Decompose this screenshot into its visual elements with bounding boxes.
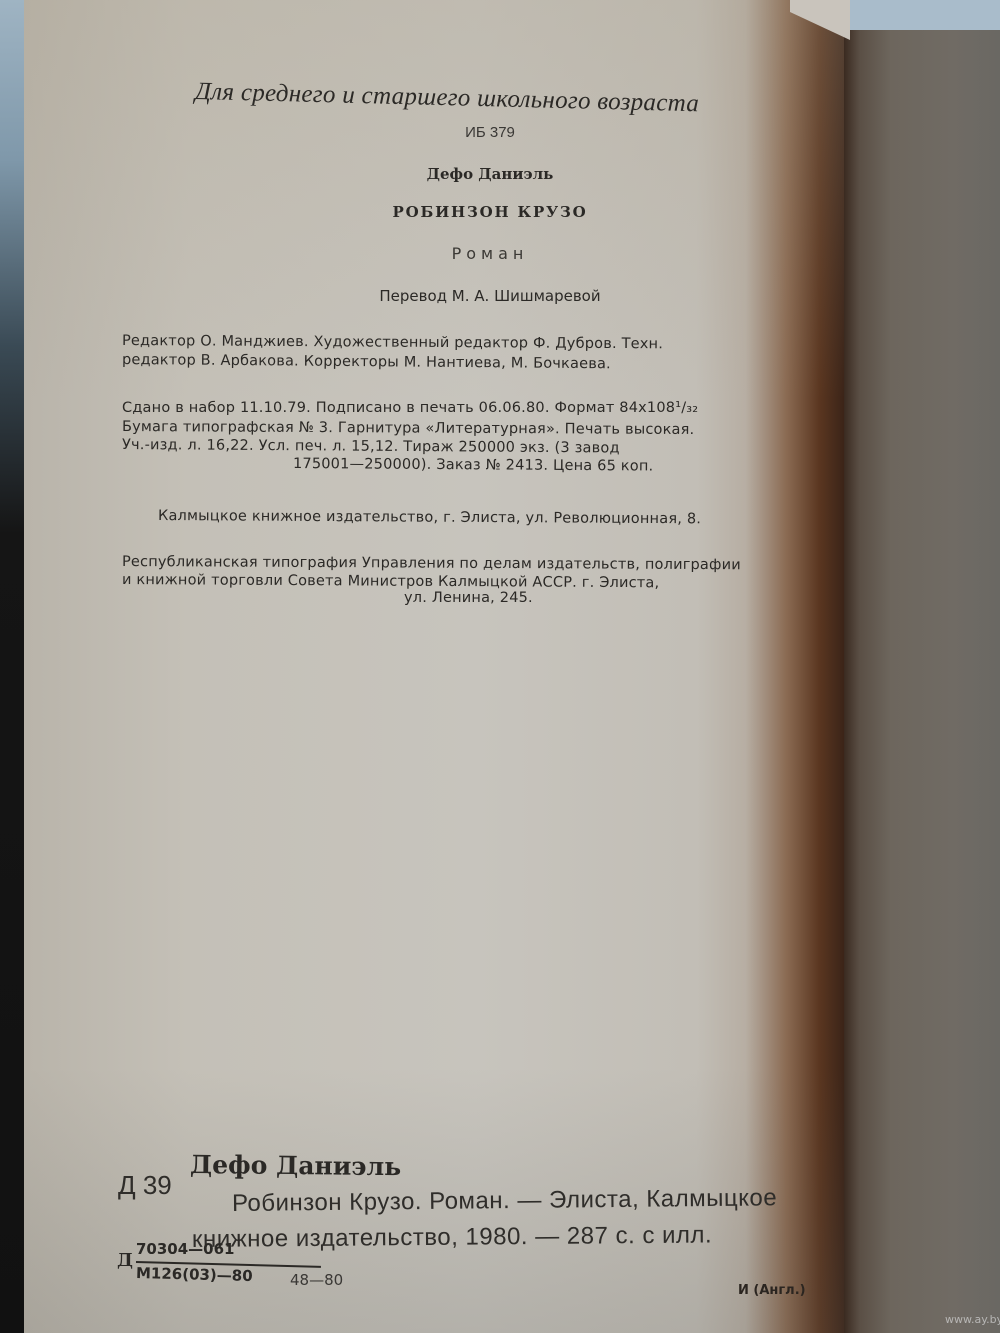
genre-label: Роман [0,244,980,263]
printer-line-2: и книжной торговли Совета Министров Калм… [122,572,659,591]
author-name: Дефо Даниэль [0,165,980,183]
facing-page [844,30,1000,1333]
book-page [24,0,844,1333]
imprint-line-4: 175001—250000). Заказ № 2413. Цена 65 ко… [293,456,653,475]
translation-credit: Перевод М. А. Шишмаревой [0,287,980,305]
book-title: РОБИНЗОН КРУЗО [0,203,980,221]
imprint-line-2: Бумага типографская № 3. Гарнитура «Лите… [122,419,694,438]
catalog-author: Дефо Даниэль [190,1150,401,1181]
printer-line-3: ул. Ленина, 245. [404,590,533,606]
credits-line-1: Редактор О. Манджиев. Художественный ред… [122,333,663,352]
catalog-language: И (Англ.) [738,1283,806,1298]
publisher-address: Калмыцкое книжное издательство, г. Элист… [158,508,701,527]
fraction-denominator: М126(03)—80 [136,1264,253,1285]
catalog-index-letter: Д [117,1250,133,1271]
ib-number: ИБ 379 [0,124,980,141]
catalog-line-2: книжное издательство, 1980. — 287 с. с и… [192,1221,712,1254]
printer-line-1: Республиканская типография Управления по… [122,554,741,573]
imprint-line-1: Сдано в набор 11.10.79. Подписано в печа… [122,400,698,416]
catalog-code: Д 39 [118,1170,172,1201]
catalog-line-1: Робинзон Крузо. Роман. — Элиста, Калмыцк… [232,1184,777,1218]
fraction-numerator: 70304—061 [136,1240,235,1258]
catalog-number: 48—80 [290,1271,343,1289]
site-watermark: www.ay.by [945,1313,1000,1326]
